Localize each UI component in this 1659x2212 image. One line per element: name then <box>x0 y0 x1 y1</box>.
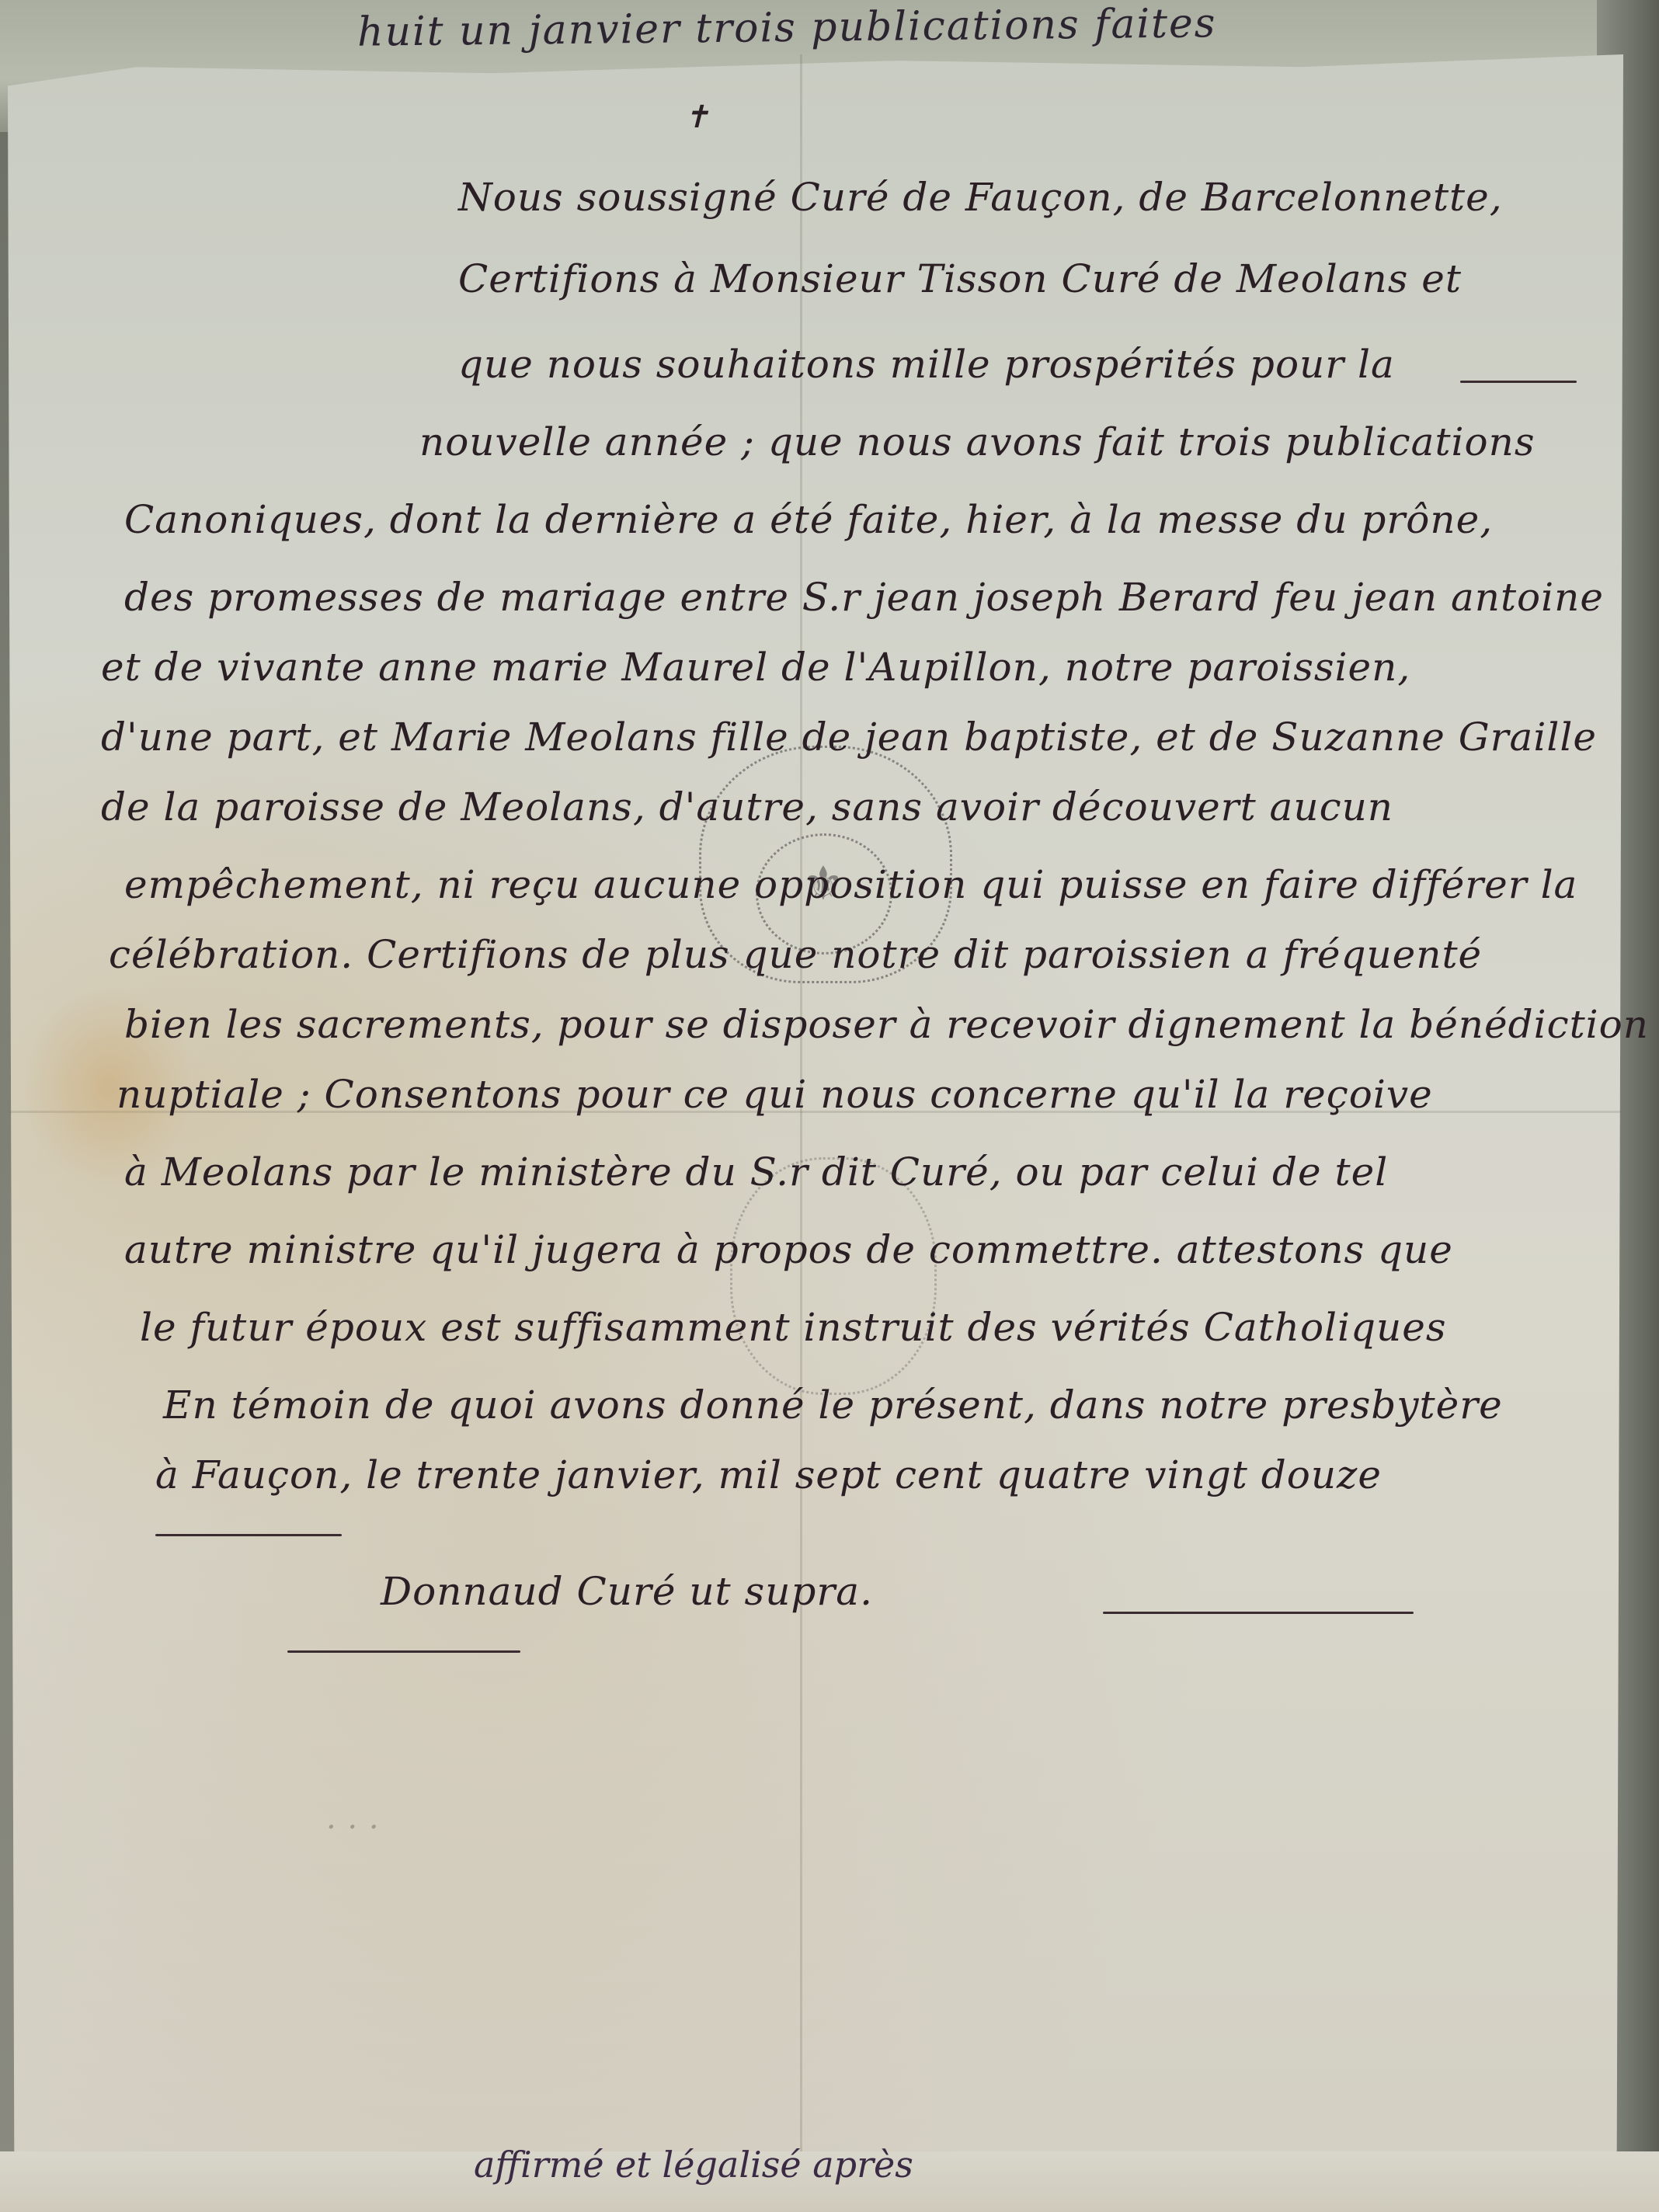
document-photo: huit un janvier trois publications faite… <box>0 0 1659 2212</box>
text-line-18: à Fauçon, le trente janvier, mil sept ce… <box>155 1452 1382 1497</box>
bleed-through-text: · · · <box>326 1810 380 1845</box>
text-line-8: d'une part, et Marie Meolans fille de je… <box>101 715 1597 760</box>
text-line-16: le futur époux est suffisamment instruit… <box>140 1305 1446 1350</box>
text-line-17: En témoin de quoi avons donné le présent… <box>163 1382 1503 1428</box>
text-line-3: que nous souhaitons mille prospérités po… <box>458 342 1395 387</box>
signature-flourish-right <box>1103 1612 1414 1614</box>
text-line-10: empêchement, ni reçu aucune opposition q… <box>124 862 1577 907</box>
text-line-4: nouvelle année ; que nous avons fait tro… <box>419 419 1536 464</box>
text-line-14: à Meolans par le ministère du S.r dit Cu… <box>124 1149 1388 1195</box>
text-line-6: des promesses de mariage entre S.r jean … <box>124 575 1604 620</box>
text-line-5: Canoniques, dont la dernière a été faite… <box>124 497 1493 542</box>
text-line-11: célébration. Certifions de plus que notr… <box>109 932 1482 977</box>
text-line-7: et de vivante anne marie Maurel de l'Aup… <box>101 645 1410 690</box>
signature: Donnaud Curé ut supra. <box>381 1569 873 1614</box>
handwritten-text: ✝ Nous soussigné Curé de Fauçon, de Barc… <box>0 0 1659 2212</box>
text-line-2: Certifions à Monsieur Tisson Curé de Meo… <box>458 256 1462 301</box>
text-line-13: nuptiale ; Consentons pour ce qui nous c… <box>117 1072 1433 1117</box>
bottom-margin-text: affirmé et légalisé après <box>474 2144 913 2186</box>
signature-flourish-under <box>287 1650 520 1653</box>
cross-mark: ✝ <box>683 99 711 135</box>
text-line-1: Nous soussigné Curé de Fauçon, de Barcel… <box>458 175 1503 220</box>
signature-flourish-left <box>155 1534 342 1536</box>
text-line-15: autre ministre qu'il jugera à propos de … <box>124 1227 1453 1272</box>
text-line-9: de la paroisse de Meolans, d'autre, sans… <box>101 784 1393 829</box>
text-line-12: bien les sacrements, pour se disposer à … <box>124 1002 1649 1047</box>
line-filler-stroke <box>1460 381 1577 383</box>
